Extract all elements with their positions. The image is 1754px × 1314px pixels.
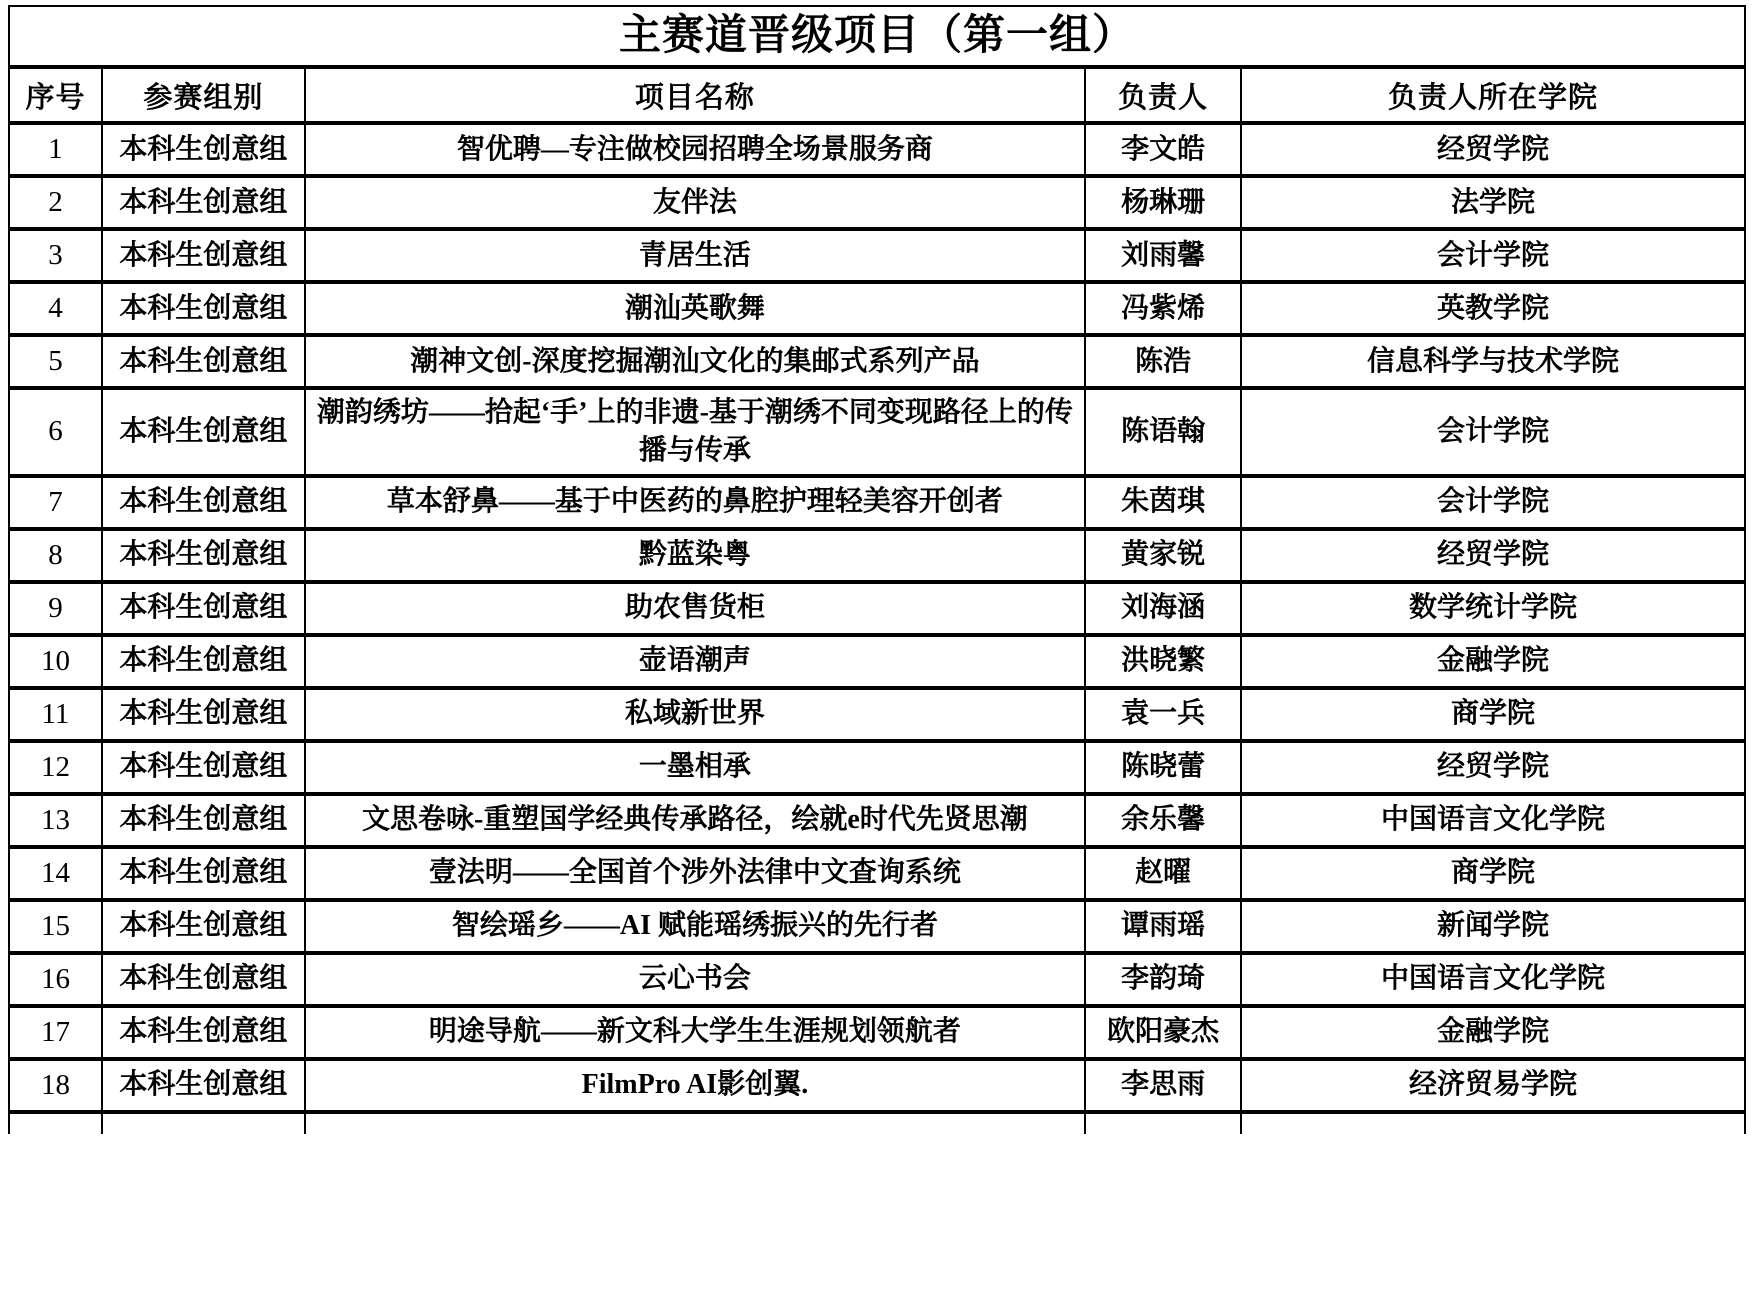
cell-college: 金融学院 [1241,635,1744,688]
cell-college: 商学院 [1241,688,1744,741]
cell-no: 9 [10,582,102,635]
cell-college: 法学院 [1241,176,1744,229]
partial-cell [10,1112,102,1134]
cell-project: 潮韵绣坊——拾起‘手’上的非遗-基于潮绣不同变现路径上的传播与传承 [305,388,1085,476]
cell-no: 1 [10,123,102,176]
cell-project: 潮神文创-深度挖掘潮汕文化的集邮式系列产品 [305,335,1085,388]
cell-project: 一墨相承 [305,741,1085,794]
cell-no: 4 [10,282,102,335]
cell-project: 智绘瑶乡——AI 赋能瑶绣振兴的先行者 [305,900,1085,953]
table-row: 10 本科生创意组 壶语潮声 洪晓繁 金融学院 [10,635,1744,688]
cell-group: 本科生创意组 [102,282,305,335]
cell-project: 壹法明——全国首个涉外法律中文查询系统 [305,847,1085,900]
cell-project: 助农售货柜 [305,582,1085,635]
page-title: 主赛道晋级项目（第一组） [10,7,1744,65]
partial-cell [1241,1112,1744,1134]
cell-group: 本科生创意组 [102,1059,305,1112]
partial-cell [102,1112,305,1134]
cell-no: 12 [10,741,102,794]
cell-leader: 黄家锐 [1085,529,1241,582]
cell-group: 本科生创意组 [102,741,305,794]
table-row: 14 本科生创意组 壹法明——全国首个涉外法律中文查询系统 赵曜 商学院 [10,847,1744,900]
table-row: 1 本科生创意组 智优聘—专注做校园招聘全场景服务商 李文皓 经贸学院 [10,123,1744,176]
table-row: 16 本科生创意组 云心书会 李韵琦 中国语言文化学院 [10,953,1744,1006]
cell-project: 私域新世界 [305,688,1085,741]
promotion-table: 序号 参赛组别 项目名称 负责人 负责人所在学院 1 本科生创意组 智优聘—专注… [10,65,1744,1134]
cell-project: FilmPro AI影创翼. [305,1059,1085,1112]
cell-leader: 余乐馨 [1085,794,1241,847]
table-sheet: 主赛道晋级项目（第一组） 序号 参赛组别 项目名称 负责人 负责人所在学院 [8,5,1746,1134]
cell-college: 信息科学与技术学院 [1241,335,1744,388]
cell-leader: 陈浩 [1085,335,1241,388]
cell-no: 15 [10,900,102,953]
cell-group: 本科生创意组 [102,229,305,282]
cell-leader: 杨琳珊 [1085,176,1241,229]
cell-group: 本科生创意组 [102,582,305,635]
cell-no: 7 [10,476,102,529]
cell-leader: 李文皓 [1085,123,1241,176]
cell-college: 会计学院 [1241,476,1744,529]
cell-project: 明途导航——新文科大学生生涯规划领航者 [305,1006,1085,1059]
cell-leader: 洪晓繁 [1085,635,1241,688]
cell-leader: 谭雨瑶 [1085,900,1241,953]
table-row: 6 本科生创意组 潮韵绣坊——拾起‘手’上的非遗-基于潮绣不同变现路径上的传播与… [10,388,1744,476]
table-row: 5 本科生创意组 潮神文创-深度挖掘潮汕文化的集邮式系列产品 陈浩 信息科学与技… [10,335,1744,388]
cell-group: 本科生创意组 [102,794,305,847]
cell-group: 本科生创意组 [102,635,305,688]
cell-no: 10 [10,635,102,688]
cell-no: 18 [10,1059,102,1112]
table-body: 1 本科生创意组 智优聘—专注做校园招聘全场景服务商 李文皓 经贸学院 2 本科… [10,123,1744,1112]
cell-college: 新闻学院 [1241,900,1744,953]
cell-group: 本科生创意组 [102,476,305,529]
header-no: 序号 [10,67,102,123]
cell-college: 经贸学院 [1241,529,1744,582]
table-row: 4 本科生创意组 潮汕英歌舞 冯紫烯 英教学院 [10,282,1744,335]
cell-group: 本科生创意组 [102,900,305,953]
cell-leader: 陈语翰 [1085,388,1241,476]
header-leader: 负责人 [1085,67,1241,123]
partial-cell [305,1112,1085,1134]
cell-group: 本科生创意组 [102,388,305,476]
cell-group: 本科生创意组 [102,529,305,582]
cell-college: 金融学院 [1241,1006,1744,1059]
header-project: 项目名称 [305,67,1085,123]
cell-no: 16 [10,953,102,1006]
table-row: 15 本科生创意组 智绘瑶乡——AI 赋能瑶绣振兴的先行者 谭雨瑶 新闻学院 [10,900,1744,953]
cell-leader: 李思雨 [1085,1059,1241,1112]
table-row: 17 本科生创意组 明途导航——新文科大学生生涯规划领航者 欧阳豪杰 金融学院 [10,1006,1744,1059]
cell-project: 青居生活 [305,229,1085,282]
cell-project: 云心书会 [305,953,1085,1006]
cell-no: 2 [10,176,102,229]
cell-group: 本科生创意组 [102,335,305,388]
table-row: 18 本科生创意组 FilmPro AI影创翼. 李思雨 经济贸易学院 [10,1059,1744,1112]
header-college: 负责人所在学院 [1241,67,1744,123]
cell-leader: 朱茵琪 [1085,476,1241,529]
document-page: 主赛道晋级项目（第一组） 序号 参赛组别 项目名称 负责人 负责人所在学院 [0,0,1754,1314]
cell-no: 6 [10,388,102,476]
cell-leader: 冯紫烯 [1085,282,1241,335]
cell-group: 本科生创意组 [102,1006,305,1059]
cell-college: 经贸学院 [1241,123,1744,176]
table-row: 11 本科生创意组 私域新世界 袁一兵 商学院 [10,688,1744,741]
cell-college: 商学院 [1241,847,1744,900]
cell-no: 5 [10,335,102,388]
header-group: 参赛组别 [102,67,305,123]
cell-no: 14 [10,847,102,900]
cell-leader: 赵曜 [1085,847,1241,900]
cell-college: 会计学院 [1241,388,1744,476]
cell-leader: 刘雨馨 [1085,229,1241,282]
table-row: 2 本科生创意组 友伴法 杨琳珊 法学院 [10,176,1744,229]
cell-leader: 刘海涵 [1085,582,1241,635]
cell-college: 会计学院 [1241,229,1744,282]
cell-group: 本科生创意组 [102,847,305,900]
cell-leader: 李韵琦 [1085,953,1241,1006]
table-row: 3 本科生创意组 青居生活 刘雨馨 会计学院 [10,229,1744,282]
table-row: 8 本科生创意组 黔蓝染粤 黄家锐 经贸学院 [10,529,1744,582]
cell-no: 3 [10,229,102,282]
cell-project: 友伴法 [305,176,1085,229]
cell-college: 数学统计学院 [1241,582,1744,635]
table-header-row: 序号 参赛组别 项目名称 负责人 负责人所在学院 [10,67,1744,123]
cell-leader: 欧阳豪杰 [1085,1006,1241,1059]
cell-project: 文思卷咏-重塑国学经典传承路径，绘就e时代先贤思潮 [305,794,1085,847]
cell-group: 本科生创意组 [102,953,305,1006]
cell-college: 中国语言文化学院 [1241,953,1744,1006]
partial-cell [1085,1112,1241,1134]
table-row: 13 本科生创意组 文思卷咏-重塑国学经典传承路径，绘就e时代先贤思潮 余乐馨 … [10,794,1744,847]
table-row: 12 本科生创意组 一墨相承 陈晓蕾 经贸学院 [10,741,1744,794]
cell-leader: 陈晓蕾 [1085,741,1241,794]
cell-no: 13 [10,794,102,847]
table-row: 7 本科生创意组 草本舒鼻——基于中医药的鼻腔护理轻美容开创者 朱茵琪 会计学院 [10,476,1744,529]
cell-no: 17 [10,1006,102,1059]
cell-group: 本科生创意组 [102,176,305,229]
cell-project: 潮汕英歌舞 [305,282,1085,335]
table-row: 9 本科生创意组 助农售货柜 刘海涵 数学统计学院 [10,582,1744,635]
cell-no: 8 [10,529,102,582]
cell-college: 英教学院 [1241,282,1744,335]
cell-project: 黔蓝染粤 [305,529,1085,582]
cell-college: 中国语言文化学院 [1241,794,1744,847]
cell-project: 智优聘—专注做校园招聘全场景服务商 [305,123,1085,176]
cell-group: 本科生创意组 [102,688,305,741]
cell-group: 本科生创意组 [102,123,305,176]
cell-college: 经贸学院 [1241,741,1744,794]
cell-leader: 袁一兵 [1085,688,1241,741]
partial-next-row [10,1112,1744,1134]
cell-project: 壶语潮声 [305,635,1085,688]
cell-no: 11 [10,688,102,741]
cell-college: 经济贸易学院 [1241,1059,1744,1112]
cell-project: 草本舒鼻——基于中医药的鼻腔护理轻美容开创者 [305,476,1085,529]
